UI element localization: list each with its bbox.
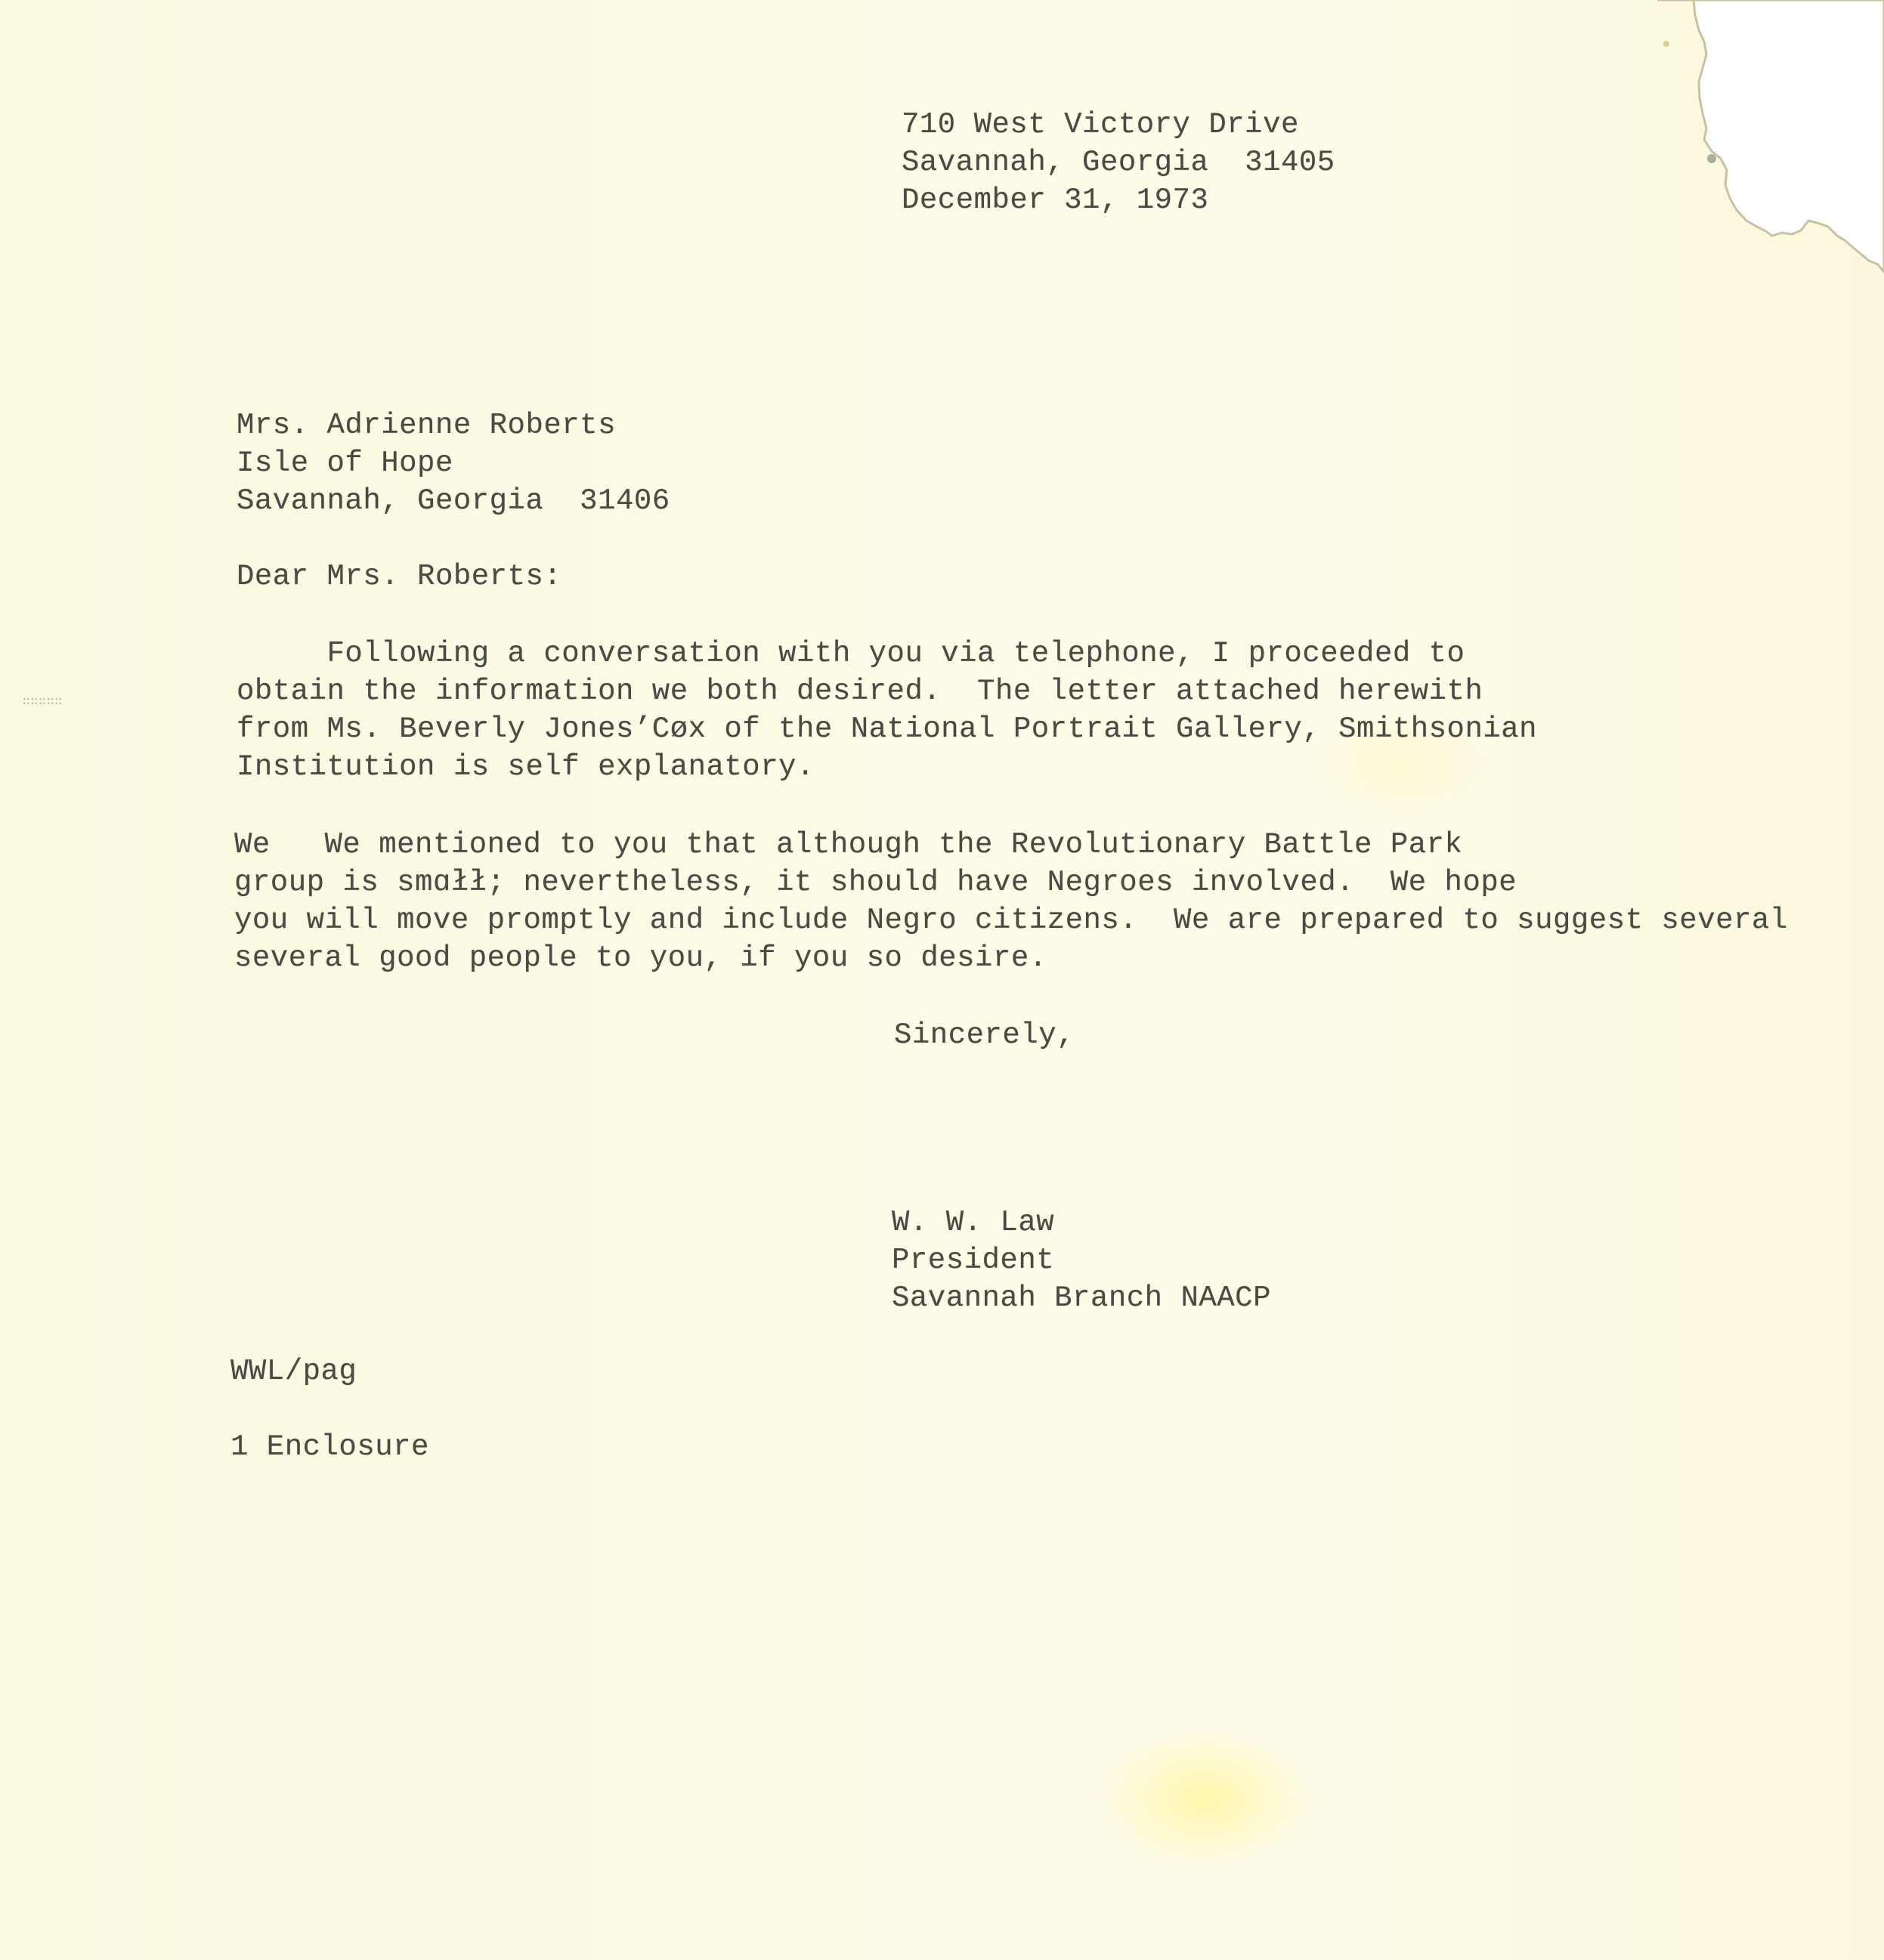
recipient-city: Savannah, Georgia 31406 [237,482,670,520]
paragraph-line: group is smɑłł; nevertheless, it should … [234,864,1517,901]
signer-title: President [892,1241,1054,1279]
recipient-name: Mrs. Adrienne Roberts [237,407,616,444]
paragraph-line: Following a conversation with you via te… [237,635,1465,672]
signer-name: W. W. Law [892,1204,1054,1241]
salutation: Dear Mrs. Roberts: [237,558,561,595]
paragraph-line: several good people to you, if you so de… [234,939,1047,977]
sender-street: 710 West Victory Drive [902,106,1299,144]
torn-corner [1657,0,1884,280]
paragraph-line: you will move promptly and include Negro… [234,901,1788,939]
paragraph-line: from Ms. Beverly Jones’Cøx of the Nation… [237,710,1537,748]
reference-initials: WWL/pag [230,1353,357,1390]
paragraph-line: Institution is self explanatory. [237,748,815,786]
signer-organization: Savannah Branch NAACP [892,1279,1271,1317]
letter-date: December 31, 1973 [902,181,1208,219]
letter-page: ∷∷∷∷∷ 710 West Victory Drive Savannah, G… [0,0,1884,1960]
paragraph-line: We We mentioned to you that although the… [234,826,1462,864]
sender-city: Savannah, Georgia 31405 [902,144,1335,181]
closing: Sincerely, [894,1016,1075,1054]
enclosure-note: 1 Enclosure [230,1428,429,1466]
margin-mark: ∷∷∷∷∷ [23,694,63,709]
recipient-locality: Isle of Hope [237,444,453,482]
paragraph-line: obtain the information we both desired. … [237,672,1483,710]
